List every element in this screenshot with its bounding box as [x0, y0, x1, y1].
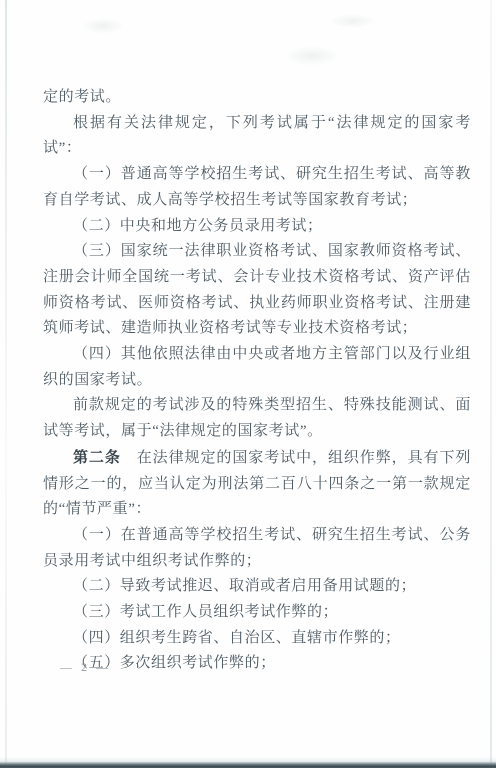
- paragraph: （三）国家统一法律职业资格考试、国家教师资格考试、注册会计师全国统一考试、会计专…: [43, 239, 471, 342]
- paragraph-text: 前款规定的考试涉及的特殊类型招生、特殊技能测试、面试等考试，属于“法律规定的国家…: [43, 397, 471, 439]
- paragraph: （四）组织考生跨省、自治区、直辖市作弊的；: [43, 626, 471, 652]
- paragraph-text: 定的考试。: [43, 89, 121, 105]
- scan-edge-left: [5, 0, 7, 768]
- paragraph: （二）中央和地方公务员录用考试；: [43, 214, 471, 240]
- paragraph: 前款规定的考试涉及的特殊类型招生、特殊技能测试、面试等考试，属于“法律规定的国家…: [43, 393, 471, 444]
- paragraph: 定的考试。: [43, 85, 471, 111]
- paragraph-text: （一）普通高等学校招生考试、研究生招生考试、高等教育自学考试、成人高等学校招生考…: [43, 166, 471, 208]
- document-page: 定的考试。根据有关法律规定，下列考试属于“法律规定的国家考试”：（一）普通高等学…: [0, 0, 496, 768]
- page-number: — 2 —: [60, 660, 111, 675]
- paragraph: （四）其他依照法律由中央或者地方主管部门以及行业组织的国家考试。: [43, 342, 471, 393]
- scan-smudge: [330, 14, 376, 28]
- paragraph: 第二条 在法律规定的国家考试中，组织作弊，具有下列情形之一的，应当认定为刑法第二…: [43, 445, 471, 523]
- paragraph-text: （三）国家统一法律职业资格考试、国家教师资格考试、注册会计师全国统一考试、会计专…: [43, 243, 471, 336]
- paragraph: （二）导致考试推迟、取消或者启用备用试题的；: [43, 574, 471, 600]
- scan-edge-right: [490, 0, 492, 768]
- paragraph: （三）考试工作人员组织考试作弊的；: [43, 600, 471, 626]
- paragraph: （一）在普通高等学校招生考试、研究生招生考试、公务员录用考试中组织考试作弊的；: [43, 523, 471, 574]
- scan-smudge: [284, 46, 340, 66]
- paragraph: 根据有关法律规定，下列考试属于“法律规定的国家考试”：: [43, 111, 471, 162]
- article-number: 第二条: [73, 449, 121, 466]
- paragraph: （一）普通高等学校招生考试、研究生招生考试、高等教育自学考试、成人高等学校招生考…: [43, 162, 471, 213]
- scan-smudge: [82, 18, 124, 34]
- paragraph-text: 根据有关法律规定，下列考试属于“法律规定的国家考试”：: [43, 115, 471, 157]
- document-body: 定的考试。根据有关法律规定，下列考试属于“法律规定的国家考试”：（一）普通高等学…: [43, 85, 471, 677]
- scan-edge-bottom: [0, 757, 496, 768]
- paragraph-text: （四）组织考生跨省、自治区、直辖市作弊的；: [73, 630, 401, 646]
- paragraph-text: （二）导致考试推迟、取消或者启用备用试题的；: [73, 578, 416, 594]
- paragraph-text: （四）其他依照法律由中央或者地方主管部门以及行业组织的国家考试。: [43, 346, 471, 388]
- paragraph-text: （一）在普通高等学校招生考试、研究生招生考试、公务员录用考试中组织考试作弊的；: [43, 527, 471, 569]
- paragraph-text: （二）中央和地方公务员录用考试；: [73, 218, 323, 234]
- paragraph-text: （三）考试工作人员组织考试作弊的；: [73, 604, 338, 620]
